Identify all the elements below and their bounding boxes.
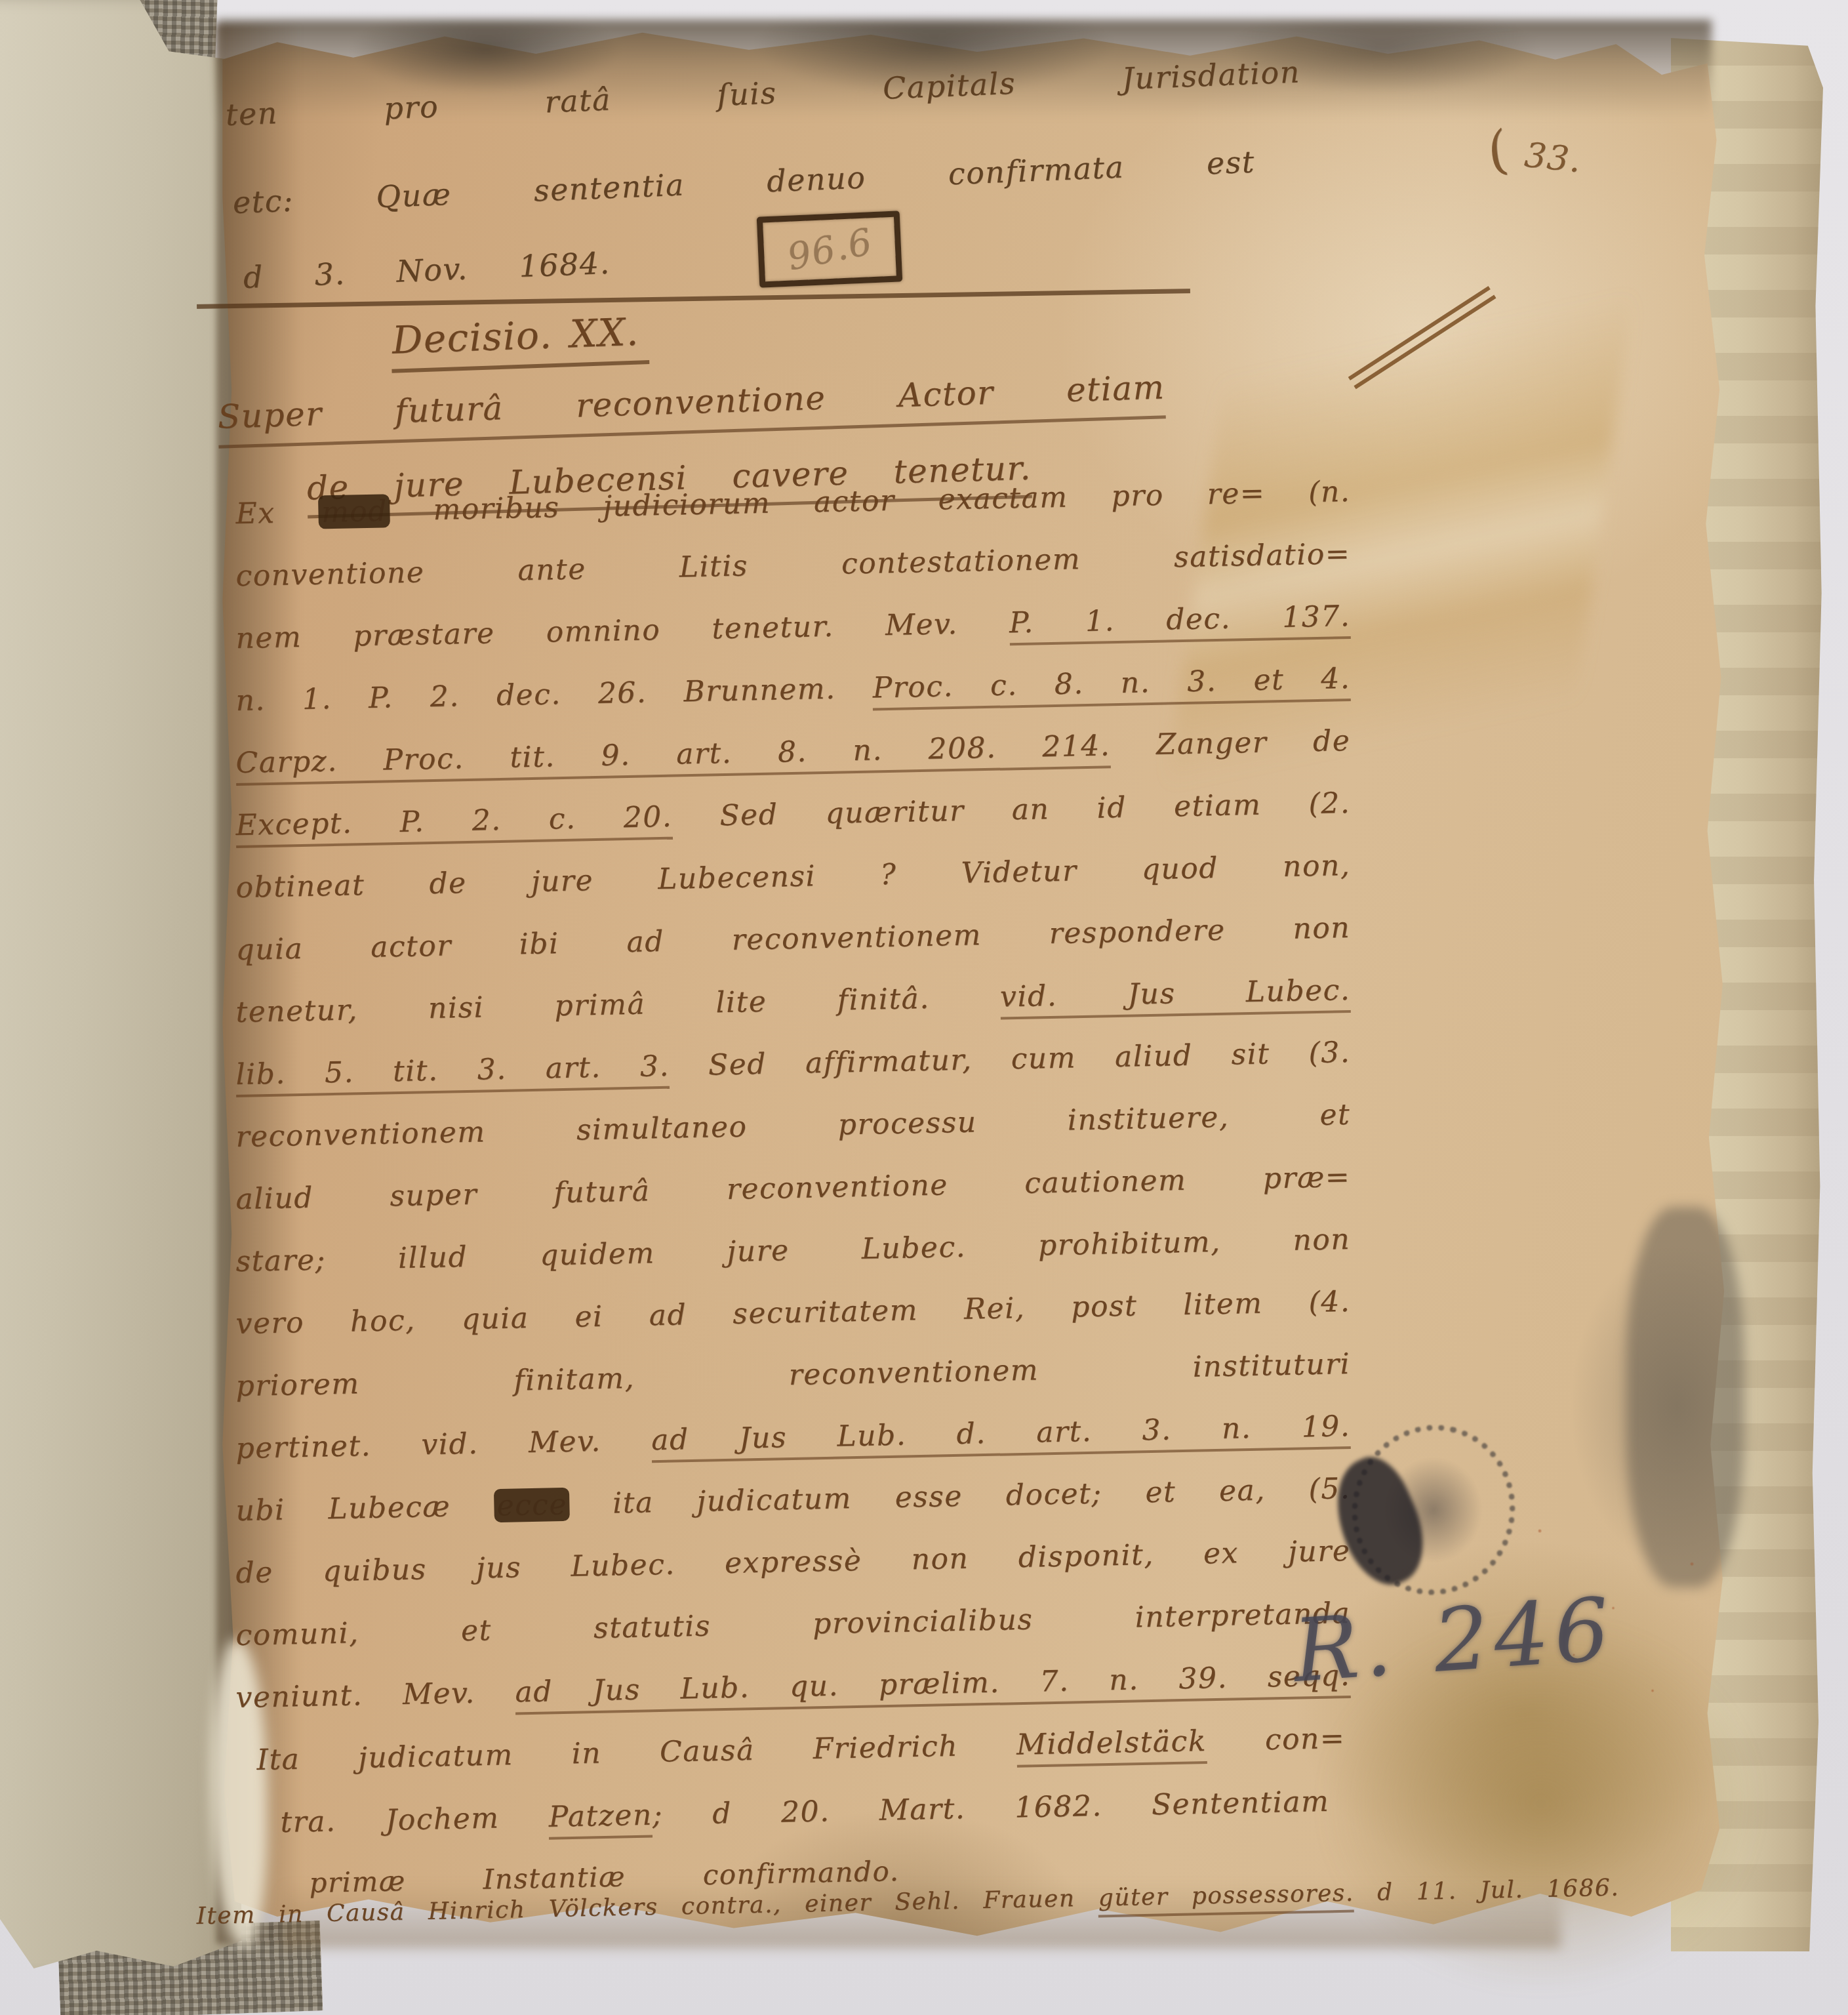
manuscript-text: pertinet. vid. Mev.	[235, 1423, 652, 1465]
manuscript-text: Ita judicatum in Causâ Friedrich	[256, 1728, 1017, 1777]
manuscript-line: stare; illud quidem jure Lubec. prohibit…	[235, 1224, 1351, 1278]
manuscript-line: obtineat de jure Lubecensi ? Videtur quo…	[235, 850, 1351, 904]
library-stamp	[1348, 1421, 1519, 1599]
manuscript-text: comuni, et statutis provincialibus inter…	[235, 1597, 1351, 1652]
underlined-citation: ad Jus Lub. qu. prælim. 7. n. 39. seqq.	[515, 1659, 1351, 1715]
decisio-title-line1: Super futurâ reconventione Actor etiam	[217, 368, 1166, 448]
manuscript-line: vero hoc, quia ei ad securitatem Rei, po…	[235, 1286, 1351, 1340]
manuscript-text: d 11. Jul. 1686.	[1354, 1874, 1619, 1906]
underlined-citation: ad Jus Lub. d. art. 3. n. 19.	[651, 1410, 1351, 1463]
manuscript-line: Carpz. Proc. tit. 9. art. 8. n. 208. 214…	[235, 725, 1351, 779]
page-number-value: 33.	[1523, 136, 1584, 181]
manuscript-text: tra. Jochem	[280, 1801, 549, 1839]
manuscript-text: aliud super futurâ reconventione caution…	[235, 1160, 1351, 1216]
manuscript-text: con=	[1206, 1722, 1345, 1758]
double-stroke-mark	[1344, 279, 1499, 394]
manuscript-line: quia actor ibi ad reconventionem respond…	[235, 912, 1351, 966]
manuscript-text: Ex	[235, 495, 319, 531]
manuscript-line: reconventionem simultaneo processu insti…	[235, 1099, 1351, 1153]
top-note-line: d 3. Nov. 1684.	[243, 245, 611, 295]
manuscript-text: conventione ante Litis contestationem sa…	[235, 537, 1351, 593]
page-number-paren: (	[1479, 120, 1517, 182]
manuscript-line: n. 1. P. 2. dec. 26. Brunnem. Proc. c. 8…	[235, 663, 1351, 717]
manuscript-line: priorem finitam, reconventionem institut…	[235, 1349, 1351, 1402]
registry-chalk-mark: R. 246	[1290, 1579, 1618, 1702]
manuscript-text: tenetur, nisi primâ lite finitâ.	[235, 981, 1001, 1029]
ink-layer: ( 33. ten pro ratâ ſuis Capitals Jurisda…	[0, 0, 1848, 2015]
section-divider-rule	[197, 289, 1190, 309]
underlined-citation: Middelstäck	[1016, 1724, 1207, 1768]
top-note-line: etc: Quæ sententia denuo confirmata est	[232, 144, 1256, 220]
manuscript-line: tra. Jochem Patzen; d 20. Mart. 1682. Se…	[280, 1786, 1330, 1839]
manuscript-text: priorem finitam, reconventionem institut…	[235, 1347, 1351, 1403]
manuscript-text: de quibus jus Lubec. expressè non dispon…	[235, 1534, 1351, 1590]
manuscript-text: Sed quæritur an id etiam (2.	[672, 786, 1351, 834]
photographed-manuscript: ( 33. ten pro ratâ ſuis Capitals Jurisda…	[0, 0, 1848, 2015]
manuscript-line: tenetur, nisi primâ lite finitâ. vid. Ju…	[235, 975, 1351, 1028]
manuscript-line: Ita judicatum in Causâ Friedrich Middels…	[256, 1723, 1346, 1777]
manuscript-line: conventione ante Litis contestationem sa…	[235, 539, 1351, 592]
manuscript-line: Except. P. 2. c. 20. Sed quæritur an id …	[235, 788, 1351, 842]
manuscript-text: stare; illud quidem jure Lubec. prohibit…	[235, 1223, 1351, 1278]
manuscript-line: de quibus jus Lubec. expressè non dispon…	[235, 1536, 1351, 1589]
manuscript-line: nem præstare omnino tenetur. Mev. P. 1. …	[235, 601, 1351, 655]
page-number: ( 33.	[1485, 121, 1585, 190]
inked-case-number-box: 96.6	[757, 211, 903, 287]
underlined-citation: vid. Jus Lubec.	[1000, 973, 1351, 1020]
blotted-word: mod	[318, 494, 390, 529]
case-number: 96.6	[783, 220, 875, 279]
manuscript-line: veniunt. Mev. ad Jus Lub. qu. prælim. 7.…	[235, 1660, 1351, 1714]
manuscript-text: obtineat de jure Lubecensi ? Videtur quo…	[235, 849, 1351, 905]
underlined-citation: P. 1. dec. 137.	[1009, 600, 1350, 645]
manuscript-text: nem præstare omnino tenetur. Mev.	[235, 606, 1009, 655]
underlined-citation: Except. P. 2. c. 20.	[235, 800, 673, 848]
manuscript-line: aliud super futurâ reconventione caution…	[235, 1162, 1351, 1215]
manuscript-line: ubi Lubecæ ecce ita judicatum esse docet…	[235, 1473, 1351, 1527]
underlined-citation: güter possessores.	[1098, 1880, 1354, 1918]
manuscript-text: quia actor ibi ad reconventionem respond…	[235, 911, 1351, 967]
decisio-heading: Decisio. XX.	[390, 309, 650, 373]
top-note-line: ten pro ratâ ſuis Capitals Jurisdation	[225, 54, 1301, 132]
manuscript-text: Zanger de	[1110, 724, 1351, 762]
manuscript-text: reconventionem simultaneo processu insti…	[235, 1098, 1351, 1154]
manuscript-line: comuni, et statutis provincialibus inter…	[235, 1598, 1351, 1652]
underlined-citation: Patzen	[548, 1799, 653, 1840]
manuscript-text: ubi Lubecæ	[235, 1489, 494, 1528]
manuscript-text: Sed affirmatur, cum aliud sit (3.	[669, 1036, 1350, 1083]
manuscript-line: lib. 5. tit. 3. art. 3. Sed affirmatur, …	[235, 1037, 1351, 1091]
manuscript-text: ita judicatum esse docet; et ea, (5.	[569, 1472, 1351, 1521]
manuscript-text: n. 1. P. 2. dec. 26. Brunnem.	[235, 672, 873, 718]
underlined-citation: lib. 5. tit. 3. art. 3.	[235, 1049, 670, 1097]
manuscript-text: vero hoc, quia ei ad securitatem Rei, po…	[235, 1285, 1351, 1341]
manuscript-line: pertinet. vid. Mev. ad Jus Lub. d. art. …	[235, 1411, 1351, 1465]
underlined-citation: Carpz. Proc. tit. 9. art. 8. n. 208. 214…	[235, 729, 1111, 786]
manuscript-text: veniunt. Mev.	[235, 1675, 515, 1715]
blotted-word: ecce	[493, 1488, 569, 1522]
manuscript-text: ; d 20. Mart. 1682. Sententiam	[652, 1785, 1330, 1832]
underlined-citation: Proc. c. 8. n. 3. et 4.	[872, 662, 1351, 711]
